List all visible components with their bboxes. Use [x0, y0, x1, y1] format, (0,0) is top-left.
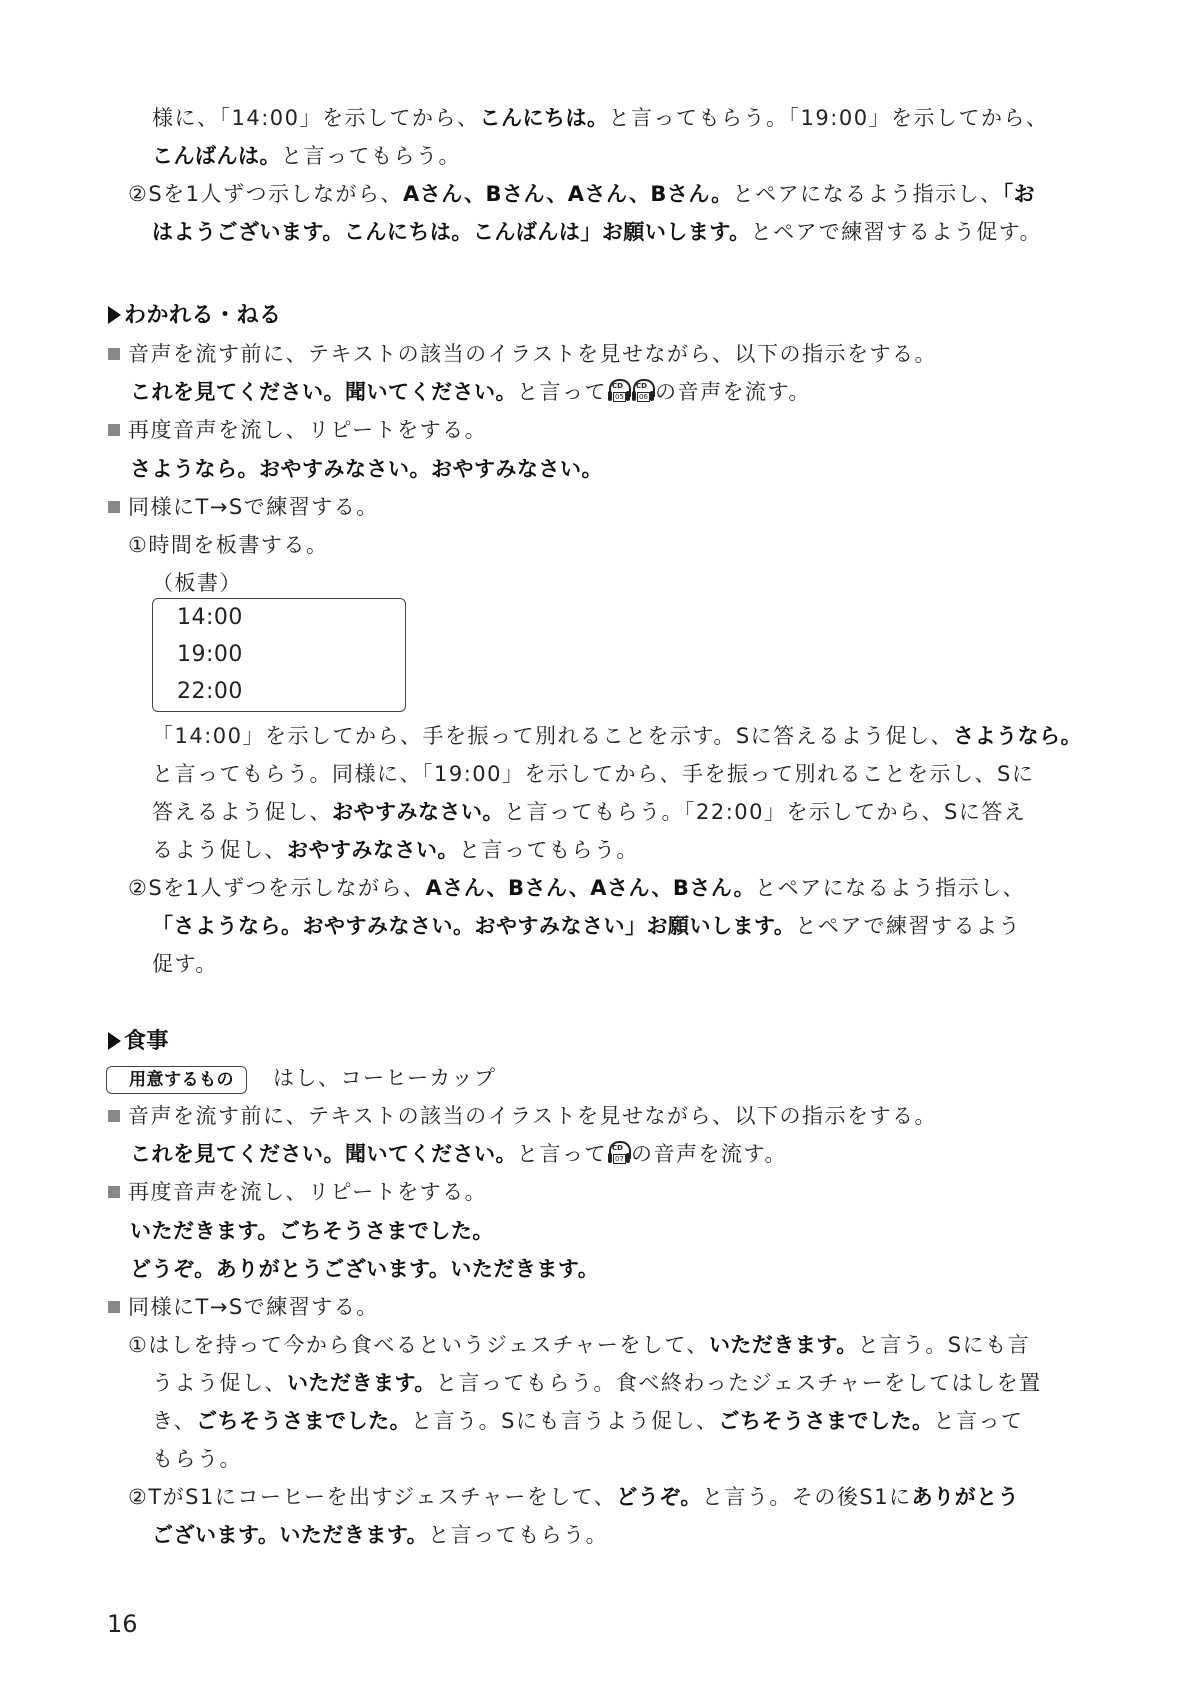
page-number: 16: [107, 1610, 138, 1638]
instruction-text: と言って: [517, 380, 607, 404]
text-run: うよう促し、: [152, 1371, 287, 1395]
para-line: 答えるよう促し、おやすみなさい。と言ってもらう。「22:00」を示してから、Sに…: [152, 798, 1026, 826]
cd-headphone-icon: CD06: [632, 379, 654, 403]
text-run: とペアで練習するよう促す。: [751, 220, 1042, 244]
instruction-bold: これを見てください。聞いてください。: [130, 1142, 517, 1166]
bullet-line: 音声を流す前に、テキストの該当のイラストを見せながら、以下の指示をする。: [108, 1102, 937, 1130]
square-bullet-icon: [108, 1301, 120, 1313]
step-1-line: うよう促し、いただきます。と言ってもらう。食べ終わったジェスチャーをしてはしを置: [152, 1369, 1042, 1397]
bold-phrase: こんにちは。: [480, 106, 609, 130]
bold-phrase: いただきます。: [709, 1333, 858, 1357]
text-run: と言ってもらう。「22:00」を示してから、Sに答え: [504, 800, 1026, 824]
para-line: 「14:00」を示してから、手を振って別れることを示す。Sに答えるよう促し、さよ…: [152, 722, 1082, 750]
top-line-3: ②Sを1人ずつ示しながら、Aさん、Bさん、Aさん、Bさん。とペアになるよう指示し…: [128, 180, 1035, 208]
square-bullet-icon: [108, 424, 120, 436]
bullet-line: 再度音声を流し、リピートをする。: [108, 416, 487, 444]
bullet-line: 音声を流す前に、テキストの該当のイラストを見せながら、以下の指示をする。: [108, 340, 937, 368]
text-run: と言ってもらう。: [459, 838, 639, 862]
para-line: るよう促し、おやすみなさい。と言ってもらう。: [152, 836, 639, 864]
whiteboard-box: 14:00 19:00 22:00: [152, 598, 406, 712]
bold-phrase: ございます。いただきます。: [152, 1523, 428, 1547]
bullet-text: 音声を流す前に、テキストの該当のイラストを見せながら、以下の指示をする。: [128, 1104, 937, 1128]
step-2-line: ②Sを1人ずつを示しながら、Aさん、Bさん、Aさん、Bさん。とペアになるよう指示…: [128, 874, 1025, 902]
cd-headphone-icon: CD05: [608, 379, 630, 403]
text-run: とペアになるよう指示し、: [733, 182, 1003, 206]
text-run: とペアで練習するよう: [795, 914, 1021, 938]
triangle-bullet-icon: [108, 1032, 121, 1050]
bold-phrase: ごちそうさまでした。: [196, 1409, 411, 1433]
bold-phrase: いただきます。: [287, 1371, 436, 1395]
text-run: ②Sを1人ずつを示しながら、: [128, 876, 426, 900]
text-run: と言う。Sにも言うよう促し、: [411, 1409, 718, 1433]
bullet-text: 同様にT→Sで練習する。: [128, 495, 379, 519]
square-bullet-icon: [108, 1186, 120, 1198]
instruction-end: の音声を流す。: [655, 380, 811, 404]
repeat-phrase: さようなら。おやすみなさい。おやすみなさい。: [130, 455, 603, 483]
bold-phrase: おやすみなさい。: [287, 838, 459, 862]
board-time: 19:00: [177, 642, 243, 667]
step-2-line: ございます。いただきます。と言ってもらう。: [152, 1521, 608, 1549]
square-bullet-icon: [108, 501, 120, 513]
text-run: と言ってもらう。同様に、「19:00」を示してから、手を振って別れることを示し、…: [152, 762, 1034, 786]
cd-headphone-icon: CD07: [608, 1141, 630, 1165]
bold-phrase: おやすみなさい。: [332, 800, 504, 824]
text-run: ①はしを持って今から食べるというジェスチャーをして、: [128, 1333, 709, 1357]
bold-phrase: ごちそうさまでした。: [719, 1409, 934, 1433]
instruction-bold: これを見てください。聞いてください。: [130, 380, 517, 404]
text-run: と言う。Sにも言: [858, 1333, 1030, 1357]
bold-phrase: ありがとう: [912, 1485, 1020, 1509]
text-run: と言ってもらう。食べ終わったジェスチャーをしてはしを置: [436, 1371, 1042, 1395]
instruction-text: と言って: [517, 1142, 607, 1166]
para-line: と言ってもらう。同様に、「19:00」を示してから、手を振って別れることを示し、…: [152, 760, 1034, 788]
top-line-4: はようございます。こんにちは。こんばんは」お願いします。とペアで練習するよう促す…: [152, 218, 1042, 246]
step-2-line: ②TがS1にコーヒーを出すジェスチャーをして、どうぞ。と言う。その後S1にありが…: [128, 1483, 1019, 1511]
bullet-text: 再度音声を流し、リピートをする。: [128, 1180, 487, 1204]
step-2-line: 促す。: [152, 950, 218, 978]
bold-phrase: 「さようなら。おやすみなさい。おやすみなさい」お願いします。: [152, 914, 795, 938]
top-line-2: こんばんは。と言ってもらう。: [152, 142, 461, 170]
prep-label-box: 用意するもの: [106, 1066, 247, 1094]
text-run: と言ってもらう。「19:00」を示してから、: [609, 106, 1049, 130]
triangle-bullet-icon: [108, 306, 121, 324]
text-run: ②Sを1人ずつ示しながら、: [128, 182, 403, 206]
instruction-end: の音声を流す。: [631, 1142, 787, 1166]
step-1-line: き、ごちそうさまでした。と言う。Sにも言うよう促し、ごちそうさまでした。と言って: [152, 1407, 1024, 1435]
step-1-line: もらう。: [152, 1445, 242, 1473]
bold-phrase: はようございます。こんにちは。こんばんは」お願いします。: [152, 220, 751, 244]
text-run: き、: [152, 1409, 196, 1433]
bullet-text: 音声を流す前に、テキストの該当のイラストを見せながら、以下の指示をする。: [128, 342, 937, 366]
step-1: ①時間を板書する。: [128, 531, 328, 559]
bold-phrase: どうぞ。: [616, 1485, 702, 1509]
bold-phrase: こんばんは。: [152, 144, 281, 168]
heading-text: わかれる・ねる: [124, 303, 282, 328]
repeat-phrase: どうぞ。ありがとうございます。いただきます。: [130, 1255, 599, 1283]
board-label: （板書）: [152, 569, 242, 597]
repeat-phrase: いただきます。ごちそうさまでした。: [130, 1217, 494, 1245]
text-run: と言ってもらう。: [428, 1523, 608, 1547]
bullet-line: 同様にT→Sで練習する。: [108, 493, 379, 521]
text-run: 「14:00」を示してから、手を振って別れることを示す。Sに答えるよう促し、: [152, 724, 953, 748]
text-run: 促す。: [152, 952, 218, 976]
bullet-text: 同様にT→Sで練習する。: [128, 1295, 379, 1319]
text-run: 答えるよう促し、: [152, 800, 332, 824]
bold-phrase: さようなら。: [953, 724, 1082, 748]
text-run: と言って: [934, 1409, 1024, 1433]
prep-items: はし、コーヒーカップ: [273, 1066, 497, 1090]
text-run: もらう。: [152, 1447, 242, 1471]
bullet-text: 再度音声を流し、リピートをする。: [128, 418, 487, 442]
text-run: と言ってもらう。: [281, 144, 461, 168]
square-bullet-icon: [108, 348, 120, 360]
square-bullet-icon: [108, 1110, 120, 1122]
section-heading-wakareru: わかれる・ねる: [108, 302, 282, 330]
text-run: と言う。その後S1に: [702, 1485, 912, 1509]
bullet-line: 同様にT→Sで練習する。: [108, 1293, 379, 1321]
instruction-line: これを見てください。聞いてください。と言ってCD05CD06の音声を流す。: [130, 378, 811, 406]
board-time: 22:00: [177, 679, 243, 704]
bold-phrase: Aさん、Bさん、Aさん、Bさん。: [426, 876, 756, 900]
step-2-line: 「さようなら。おやすみなさい。おやすみなさい」お願いします。とペアで練習するよう: [152, 912, 1021, 940]
instruction-line: これを見てください。聞いてください。と言ってCD07の音声を流す。: [130, 1140, 787, 1168]
heading-text: 食事: [124, 1029, 169, 1054]
board-time: 14:00: [177, 605, 243, 630]
bullet-line: 再度音声を流し、リピートをする。: [108, 1178, 487, 1206]
step-1-line: ①はしを持って今から食べるというジェスチャーをして、いただきます。と言う。Sにも…: [128, 1331, 1030, 1359]
text-run: るよう促し、: [152, 838, 287, 862]
top-line-1: 様に、「14:00」を示してから、こんにちは。と言ってもらう。「19:00」を示…: [152, 104, 1049, 132]
text-run: ②TがS1にコーヒーを出すジェスチャーをして、: [128, 1485, 616, 1509]
section-heading-shokuji: 食事: [108, 1028, 169, 1056]
text-run: とペアになるよう指示し、: [755, 876, 1025, 900]
text-run: 様に、「14:00」を示してから、: [152, 106, 480, 130]
prep-line: 用意するものはし、コーヒーカップ: [106, 1064, 497, 1094]
bold-phrase: 「お: [1003, 182, 1036, 206]
bold-phrase: Aさん、Bさん、Aさん、Bさん。: [403, 182, 733, 206]
